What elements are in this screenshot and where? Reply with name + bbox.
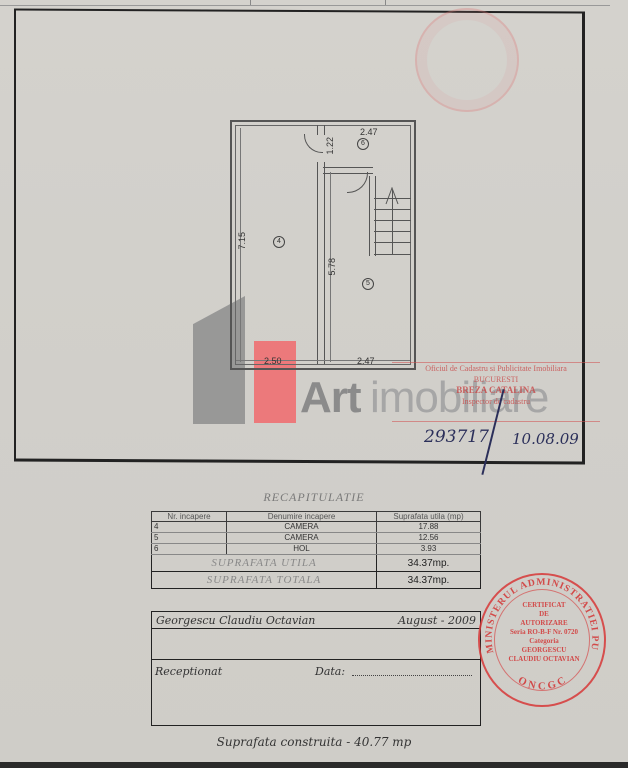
- cell-area: 3.93: [377, 544, 481, 555]
- dim-top-width: 2.47: [360, 127, 378, 137]
- partition-wall: [317, 162, 325, 364]
- staircase-icon: [374, 198, 411, 255]
- date-dotted-line: [352, 675, 472, 676]
- utila-value: 34.37mp.: [377, 555, 481, 572]
- room-number-5: 5: [362, 278, 374, 290]
- previous-table-edge: [0, 0, 610, 6]
- sum-row-utila: SUPRAFATA UTILA 34.37mp.: [152, 555, 481, 572]
- cell-area: 12.56: [377, 533, 481, 544]
- stair-arrow-icon: [385, 187, 399, 205]
- totala-label: SUPRAFATA TOTALA: [152, 572, 377, 589]
- bottom-edge: [0, 762, 628, 768]
- cell-nr: 4: [152, 522, 227, 533]
- author-date: August - 2009: [398, 614, 476, 626]
- author-name: Georgescu Claudiu Octavian: [156, 614, 315, 626]
- recap-table: Nr. incapere Denumire incapere Suprafata…: [151, 511, 481, 589]
- authorization-stamp: MINISTERUL ADMINISTRATIEI PUBLICE ONCGC …: [478, 573, 606, 707]
- table-row: 4 CAMERA 17.88: [152, 522, 481, 533]
- author-row: Georgescu Claudiu Octavian August - 2009: [151, 611, 481, 629]
- table-row: 5 CAMERA 12.56: [152, 533, 481, 544]
- room-number-6: 6: [357, 138, 369, 150]
- header-nr: Nr. incapere: [152, 512, 227, 522]
- faint-stamp: [415, 8, 519, 112]
- dim-bottom-right-width: 2.47: [357, 356, 375, 366]
- dim-room5-length: 5.78: [327, 258, 337, 276]
- constructed-area: Suprafata construita - 40.77 mp: [0, 735, 628, 749]
- watermark-brand-bold: Art: [300, 376, 361, 420]
- reception-date-label: Data:: [315, 665, 345, 678]
- ocpi-line1: Oficiul de Cadastru si Publicitate Imobi…: [392, 363, 600, 374]
- cell-name: CAMERA: [227, 522, 377, 533]
- cell-area: 17.88: [377, 522, 481, 533]
- handwritten-number: 293717: [424, 427, 489, 447]
- svg-text:ONCGC: ONCGC: [516, 674, 570, 693]
- sum-row-totala: SUPRAFATA TOTALA 34.37mp.: [152, 572, 481, 589]
- header-suprafata: Suprafata utila (mp): [377, 512, 481, 522]
- table-row: 6 HOL 3.93: [152, 544, 481, 555]
- handwritten-date: 10.08.09: [512, 430, 579, 448]
- reception-box: Receptionat Data:: [151, 629, 481, 726]
- reception-label: Receptionat: [155, 665, 222, 678]
- dim-bottom-left-width: 2.50: [264, 356, 282, 366]
- dim-total-length: 7.15: [237, 232, 247, 250]
- cell-nr: 5: [152, 533, 227, 544]
- cell-name: HOL: [227, 544, 377, 555]
- dim-hol-length: 1.22: [325, 137, 335, 155]
- header-denumire: Denumire incapere: [227, 512, 377, 522]
- totala-value: 34.37mp.: [377, 572, 481, 589]
- ocpi-role: Inspector de cadastru: [392, 396, 600, 407]
- cell-name: CAMERA: [227, 533, 377, 544]
- cell-nr: 6: [152, 544, 227, 555]
- ocpi-name: BREZA CATALINA: [392, 385, 600, 396]
- recap-title: RECAPITULATIE: [0, 490, 628, 505]
- utila-label: SUPRAFATA UTILA: [152, 555, 377, 572]
- stamp-center-text: CERTIFICATDEAUTORIZARESeria RO-B-F Nr. 0…: [498, 601, 590, 664]
- ocpi-line2: BUCURESTI: [392, 374, 600, 385]
- floor-plan: 7.15 1.22 5.78 2.47 2.50 2.47 4 5 6: [230, 120, 416, 370]
- room-number-4: 4: [273, 236, 285, 248]
- document-page: 7.15 1.22 5.78 2.47 2.50 2.47 4 5 6 Art …: [0, 0, 628, 768]
